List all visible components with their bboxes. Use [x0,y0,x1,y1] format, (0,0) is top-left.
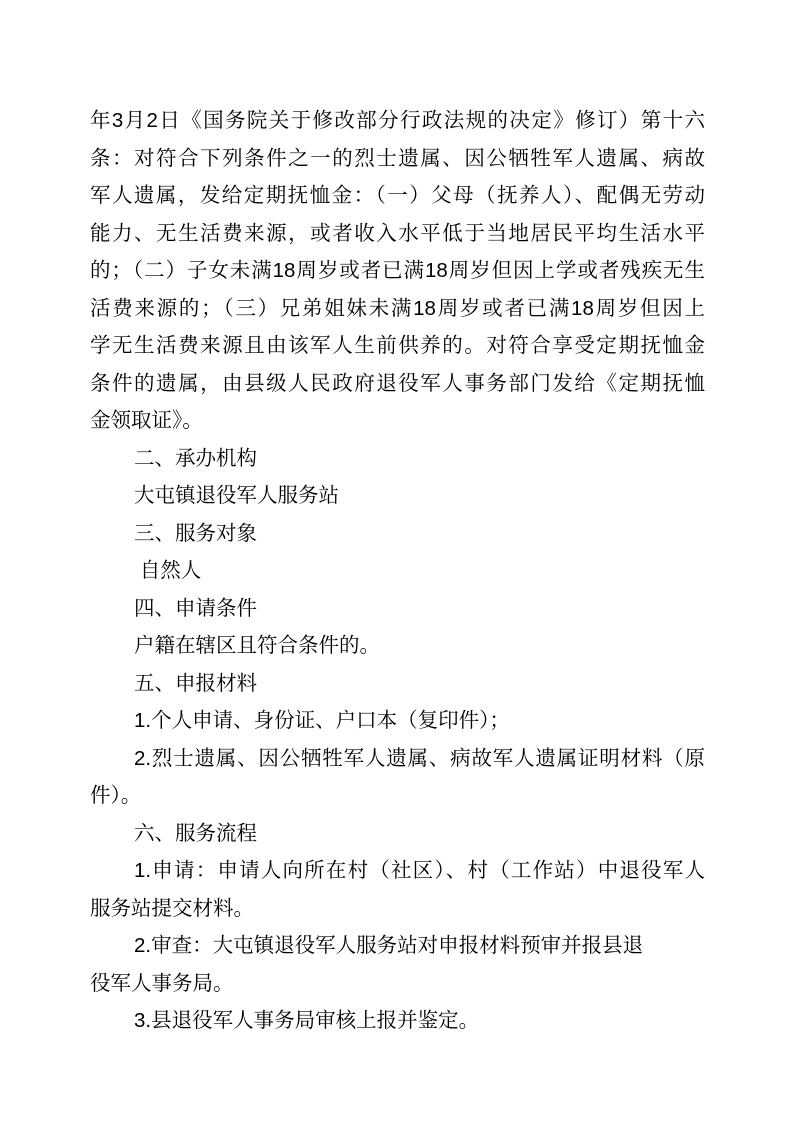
para-material-item-2-line-2: 件）。 [90,777,705,815]
para-legal-basis-line-8: 条件的遗属，由县级人民政府退役军人事务部门发给《定期抚恤 [90,365,705,403]
para-legal-basis-line-1: 年3月2日《国务院关于修改部分行政法规的决定》修订）第十六 [90,102,705,140]
heading-section-six: 六、服务流程 [90,815,705,853]
para-process-step-2-line-1: 2.审查：大屯镇退役军人服务站对申报材料预审并报县退 [90,927,705,965]
para-legal-basis-line-7: 学无生活费来源且由该军人生前供养的。对符合享受定期抚恤金 [90,327,705,365]
para-legal-basis-line-5: 的；（二）子女未满18周岁或者已满18周岁但因上学或者残疾无生 [90,252,705,290]
heading-section-four: 四、申请条件 [90,590,705,628]
para-application-condition: 户籍在辖区且符合条件的。 [90,627,705,665]
heading-section-three: 三、服务对象 [90,515,705,553]
para-legal-basis-line-9: 金领取证》。 [90,402,705,440]
para-material-item-1: 1.个人申请、身份证、户口本（复印件）； [90,702,705,740]
para-legal-basis-line-4: 能力、无生活费来源，或者收入水平低于当地居民平均生活水平 [90,215,705,253]
para-process-step-1-line-2: 服务站提交材料。 [90,890,705,928]
para-process-step-2-line-2: 役军人事务局。 [90,965,705,1003]
para-legal-basis-line-6: 活费来源的；（三）兄弟姐妹未满18周岁或者已满18周岁但因上 [90,290,705,328]
heading-section-five: 五、申报材料 [90,665,705,703]
para-process-step-3: 3.县退役军人事务局审核上报并鉴定。 [90,1002,705,1040]
para-service-object: 自然人 [90,552,705,590]
document-page: 年3月2日《国务院关于修改部分行政法规的决定》修订）第十六 条：对符合下列条件之… [0,0,793,1122]
para-undertaking-agency: 大屯镇退役军人服务站 [90,477,705,515]
para-legal-basis-line-3: 军人遗属，发给定期抚恤金：（一）父母（抚养人）、配偶无劳动 [90,177,705,215]
para-legal-basis-line-2: 条：对符合下列条件之一的烈士遗属、因公牺牲军人遗属、病故 [90,140,705,178]
para-material-item-2-line-1: 2.烈士遗属、因公牺牲军人遗属、病故军人遗属证明材料（原 [90,740,705,778]
para-process-step-1-line-1: 1.申请：申请人向所在村（社区）、村（工作站）中退役军人 [90,852,705,890]
heading-section-two: 二、承办机构 [90,440,705,478]
